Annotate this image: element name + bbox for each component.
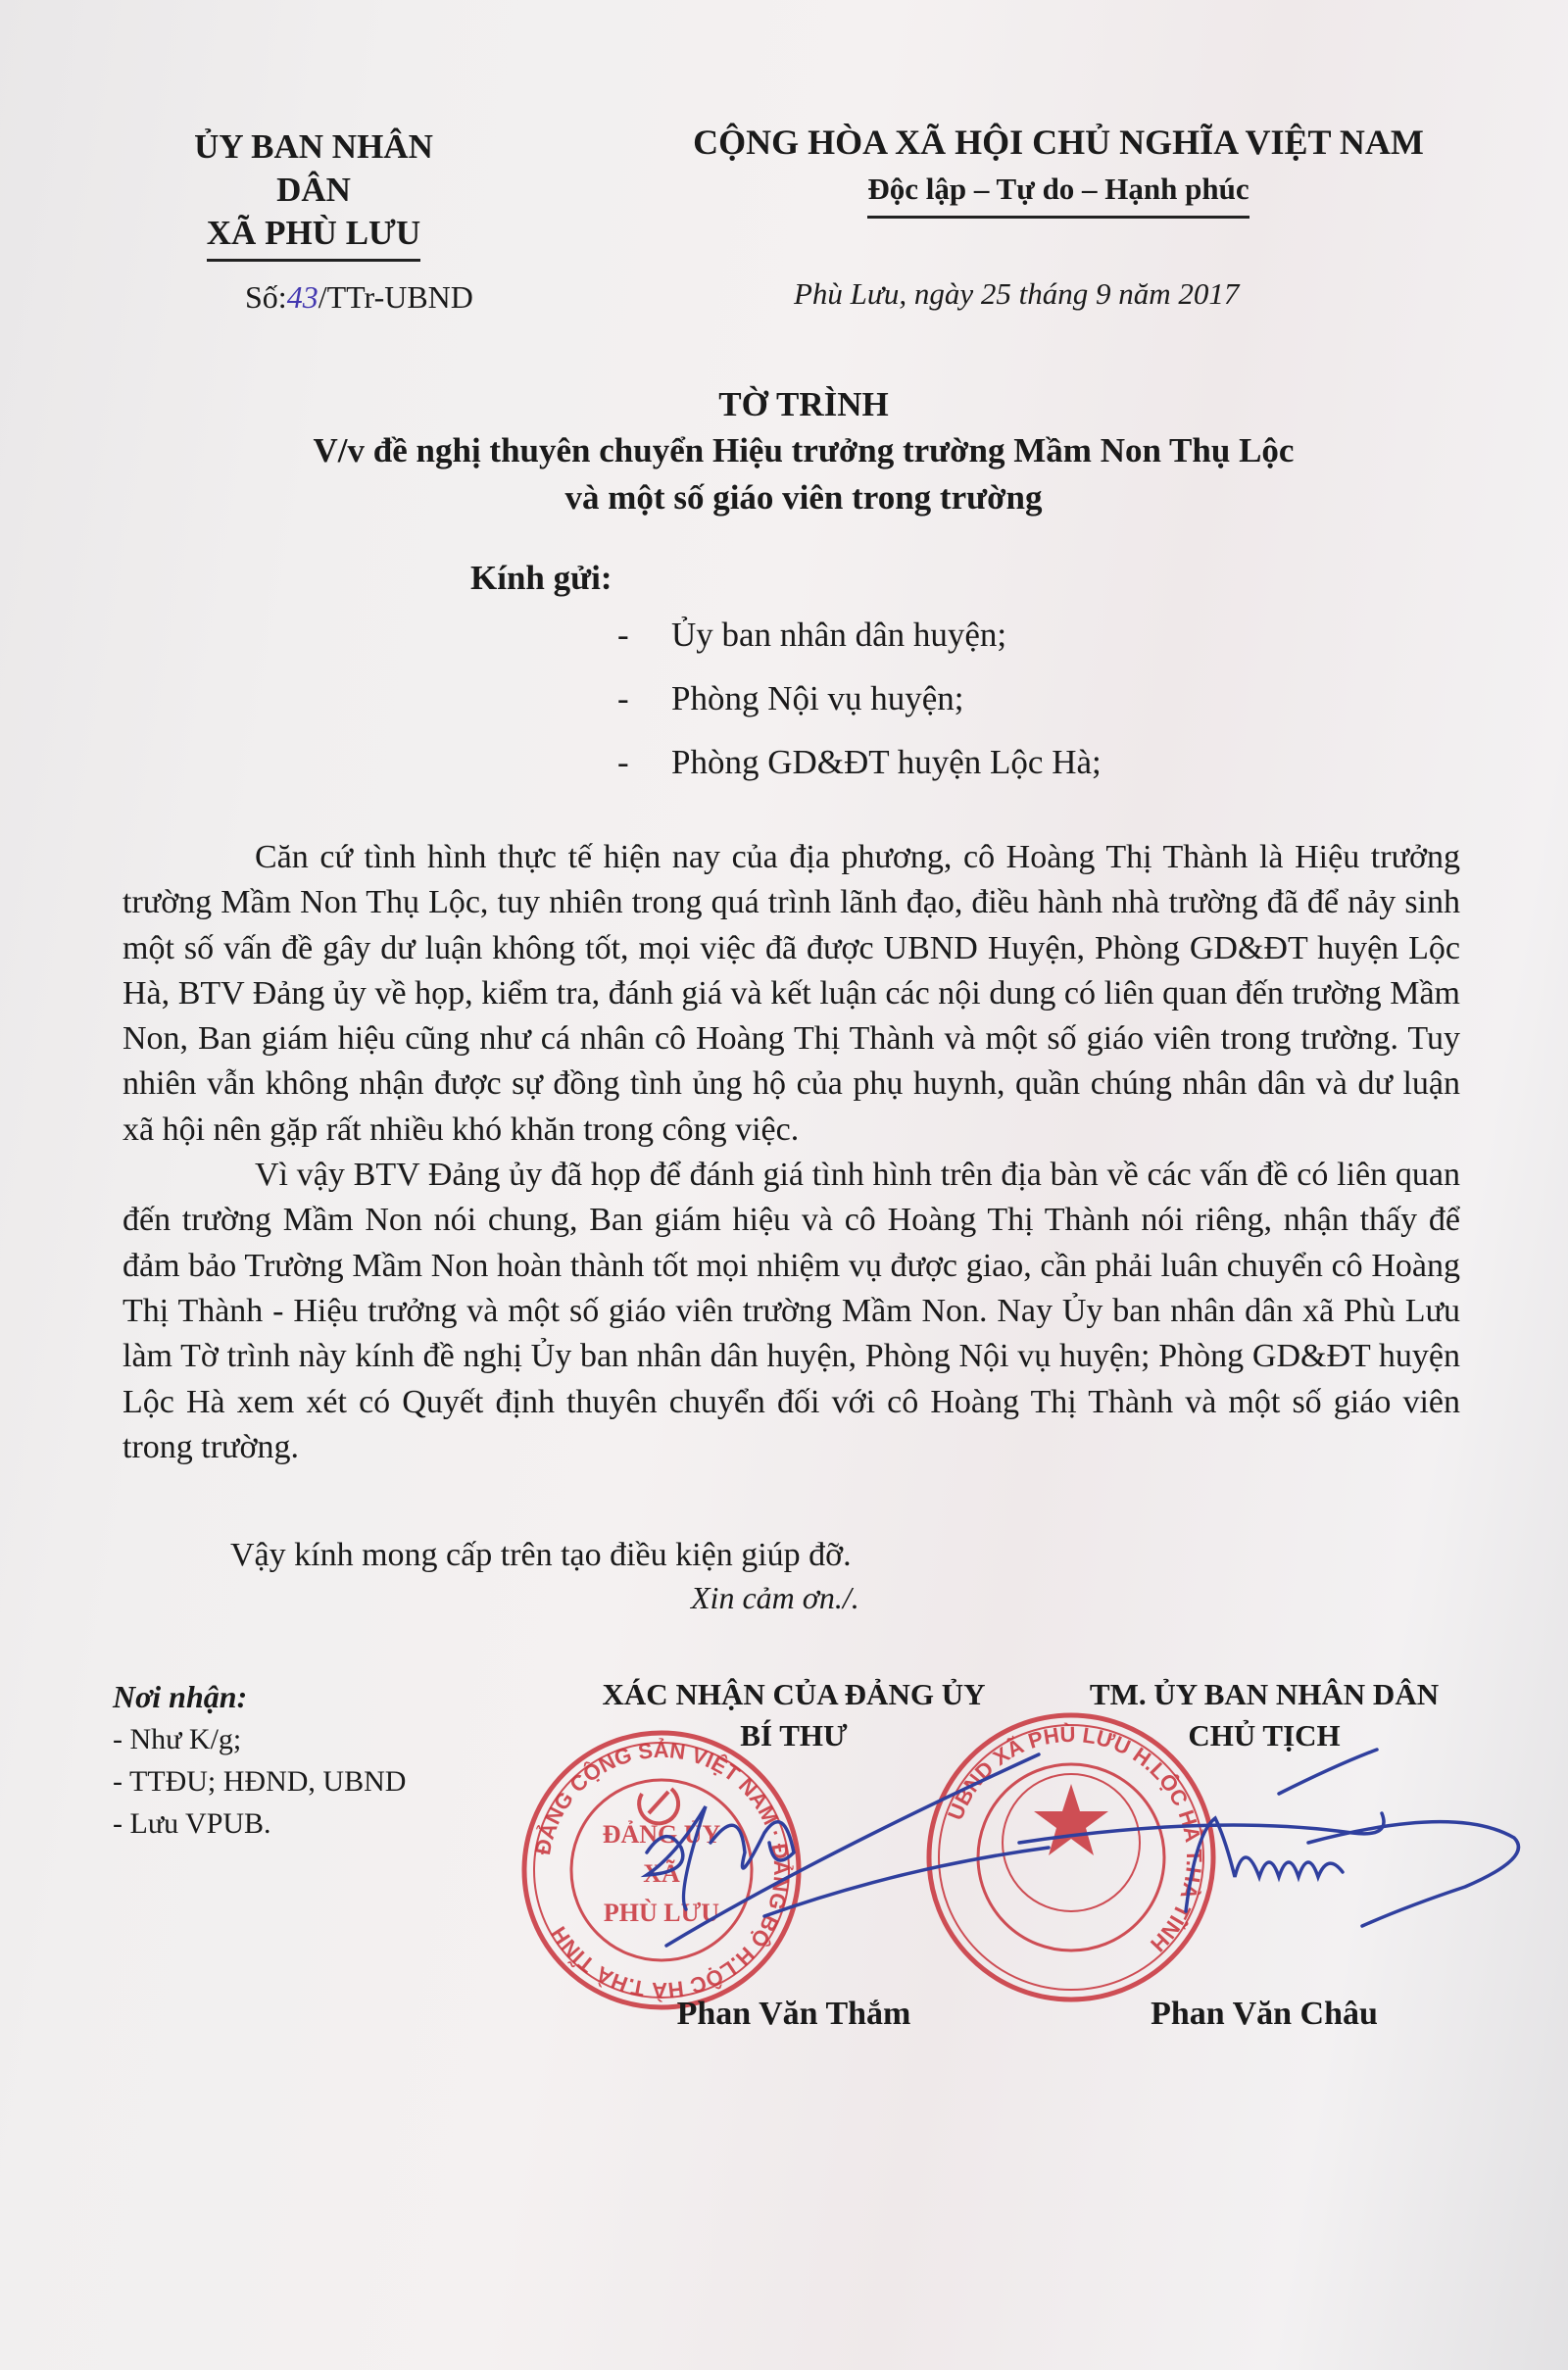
emblem-star-icon [1034,1784,1108,1855]
body-text: Căn cứ tình hình thực tế hiện nay của đị… [122,835,1460,1470]
party-stamp [524,1733,799,2007]
national-motto: Độc lập – Tự do – Hạnh phúc [867,167,1249,219]
svg-text:ĐẢNG ỦY: ĐẢNG ỦY [603,1820,721,1849]
recipient-item: - TTĐU; HĐND, UBND [113,1760,406,1802]
svg-text:PHÙ LƯU: PHÙ LƯU [604,1899,719,1927]
subject-line-1: V/v đề nghị thuyên chuyển Hiệu trưởng tr… [225,427,1382,474]
signature-left [647,1754,1049,1946]
bullet: - [617,679,671,718]
place-date: Phù Lưu, ngày 25 tháng 9 năm 2017 [794,276,1239,312]
party-confirmation-title: XÁC NHẬN CỦA ĐẢNG ỦY [549,1674,1039,1715]
doc-type: TỜ TRÌNH [225,382,1382,427]
party-confirmation-block: XÁC NHẬN CỦA ĐẢNG ỦY BÍ THƯ [549,1674,1039,1756]
doc-number-handwritten: 43 [287,279,318,315]
recipients-block: Nơi nhận: - Như K/g; - TTĐU; HĐND, UBND … [113,1676,406,1845]
national-header: CỘNG HÒA XÃ HỘI CHỦ NGHĨA VIỆT NAM Độc l… [627,120,1490,219]
committee-stamp-ring-text: UBND XÃ PHÙ LƯU H.LỘC HÀ T.HÀ TĨNH [943,1722,1206,1956]
document-number: Số:43/TTr-UBND [245,279,473,316]
addressee-item: -Ủy ban nhân dân huyện; [617,616,1006,655]
addressee-item: -Phòng GD&ĐT huyện Lộc Hà; [617,743,1102,782]
doc-number-prefix: Số: [245,279,287,315]
recipients-label: Nơi nhận: [113,1676,406,1718]
closing-line: Vậy kính mong cấp trên tạo điều kiện giú… [230,1537,852,1574]
bullet: - [617,743,671,782]
bullet: - [617,616,671,655]
body-paragraph: Căn cứ tình hình thực tế hiện nay của đị… [122,835,1460,1153]
hammer-sickle-icon [639,1789,678,1823]
document-title: TỜ TRÌNH V/v đề nghị thuyên chuyển Hiệu … [225,382,1382,521]
committee-stamp [929,1715,1213,2000]
committee-title: TM. ỦY BAN NHÂN DÂN [1058,1674,1470,1715]
party-secretary-title: BÍ THƯ [549,1715,1039,1756]
svg-text:XÃ: XÃ [643,1859,680,1888]
addressee-text: Phòng Nội vụ huyện; [671,679,963,717]
addressee-text: Ủy ban nhân dân huyện; [671,616,1006,654]
signer-name-left: Phan Văn Thắm [549,1996,1039,2033]
recipient-item: - Như K/g; [113,1718,406,1760]
addressee-item: -Phòng Nội vụ huyện; [617,679,963,718]
party-stamp-ring-text: ĐẢNG CỘNG SẢN VIỆT NAM · ĐẢNG BỘ H.LỘC H… [530,1738,794,2002]
issuer-line-1: ỦY BAN NHÂN DÂN [167,125,461,212]
national-title: CỘNG HÒA XÃ HỘI CHỦ NGHĨA VIỆT NAM [627,120,1490,165]
addressee-text: Phòng GD&ĐT huyện Lộc Hà; [671,743,1102,781]
thanks-line: Xin cảm ơn./. [691,1580,859,1616]
signature-right [1019,1750,1518,1926]
recipient-item: - Lưu VPUB. [113,1802,406,1845]
signer-name-right: Phan Văn Châu [1058,1996,1470,2033]
chairman-title: CHỦ TỊCH [1058,1715,1470,1756]
body-paragraph: Vì vậy BTV Đảng ủy đã họp để đánh giá tì… [122,1153,1460,1470]
issuer-line-2: XÃ PHÙ LƯU [207,212,420,262]
subject-line-2: và một số giáo viên trong trường [225,474,1382,521]
document-page: ỦY BAN NHÂN DÂN XÃ PHÙ LƯU CỘNG HÒA XÃ H… [0,0,1568,2370]
addressee-label: Kính gửi: [470,559,612,598]
doc-number-suffix: /TTr-UBND [318,279,473,315]
issuer-header: ỦY BAN NHÂN DÂN XÃ PHÙ LƯU [167,125,461,262]
committee-block: TM. ỦY BAN NHÂN DÂN CHỦ TỊCH [1058,1674,1470,1756]
